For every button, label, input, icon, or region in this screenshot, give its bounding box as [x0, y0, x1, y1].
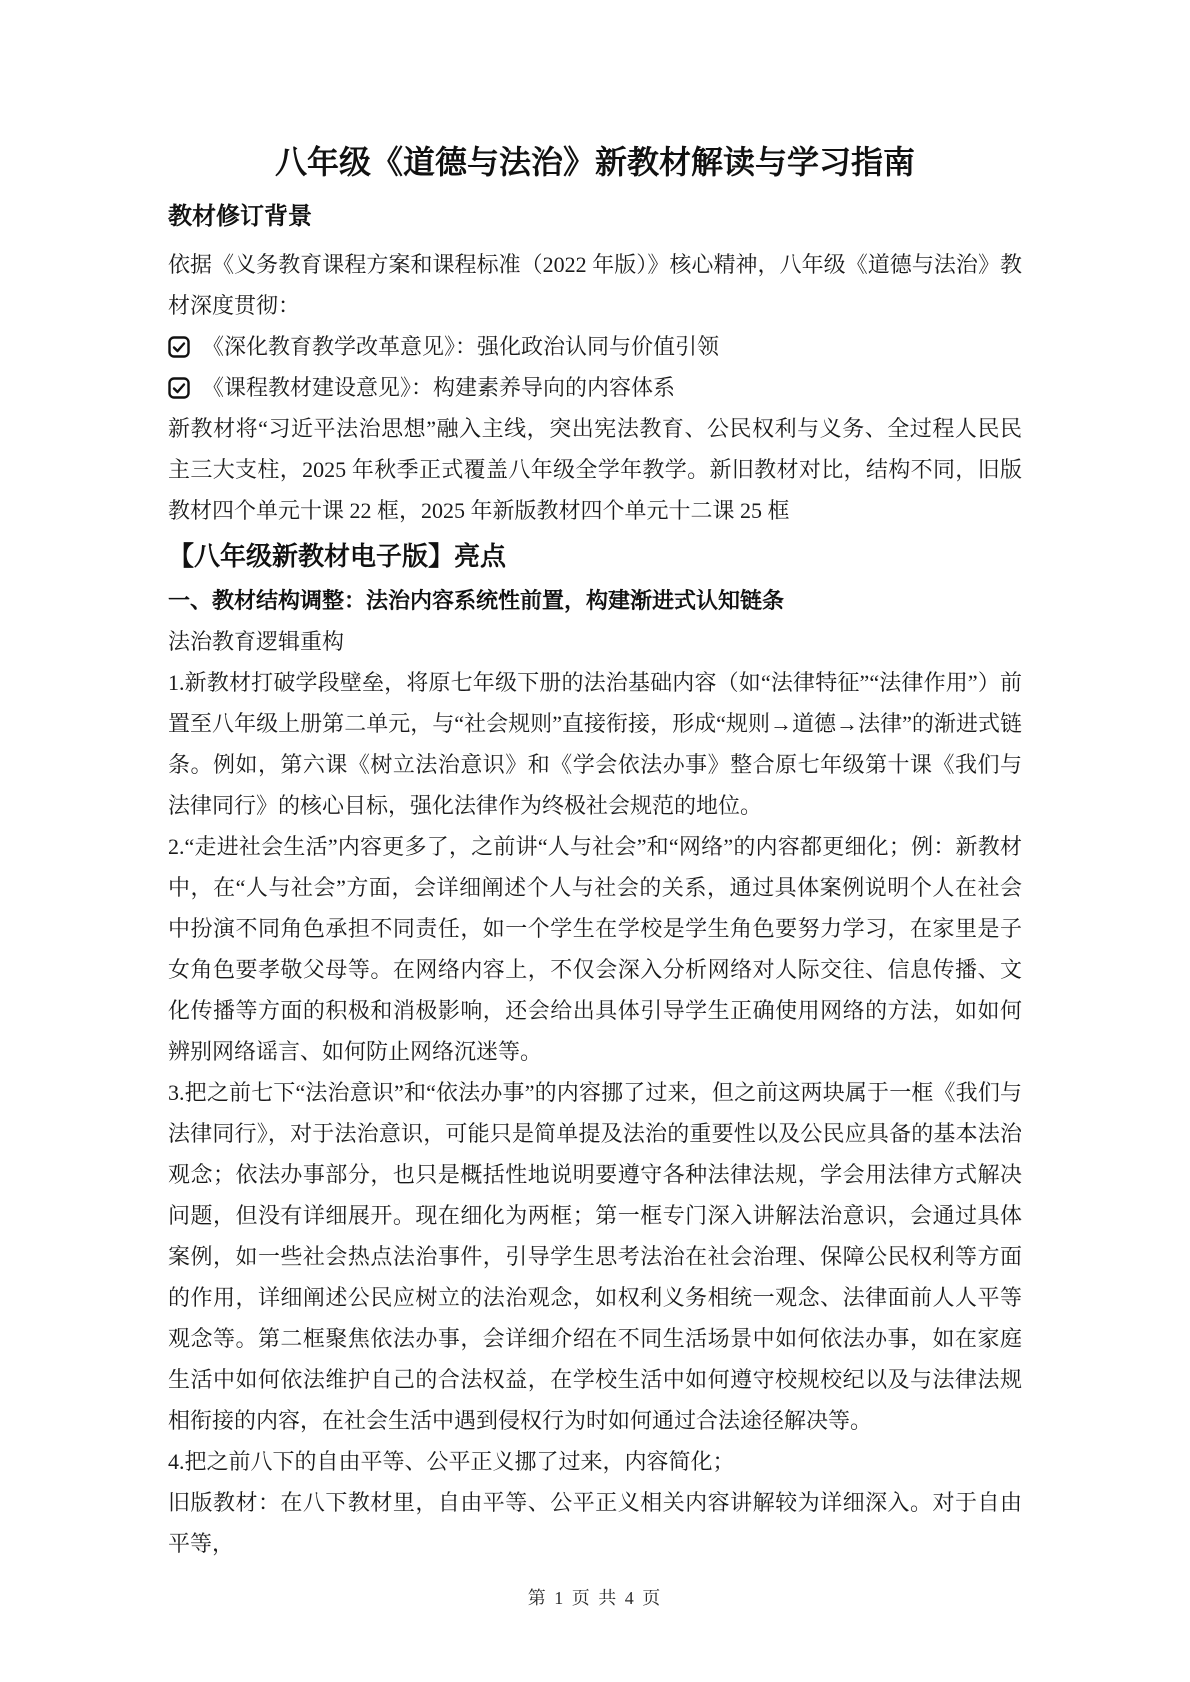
document-page: 八年级《道德与法治》新教材解读与学习指南 教材修订背景 依据《义务教育课程方案和… [0, 0, 1190, 1682]
paragraph-subheading: 法治教育逻辑重构 [168, 621, 1022, 662]
checkbox-checked-icon[interactable] [168, 336, 190, 358]
paragraph-summary: 新教材将“习近平法治思想”融入主线，突出宪法教育、公民权利与义务、全过程人民民主… [168, 408, 1022, 531]
heading-revision-background: 教材修订背景 [168, 198, 1022, 236]
heading-highlights: 【八年级新教材电子版】亮点 [168, 535, 1022, 577]
checklist-item: 《深化教育教学改革意见》：强化政治认同与价值引领 [168, 326, 1022, 367]
page-footer: 第 1 页 共 4 页 [0, 1580, 1190, 1616]
document-title: 八年级《道德与法治》新教材解读与学习指南 [168, 0, 1022, 184]
checkbox-checked-icon[interactable] [168, 377, 190, 399]
paragraph-old-version-note: 旧版教材：在八下教材里，自由平等、公平正义相关内容讲解较为详细深入。对于自由平等… [168, 1482, 1022, 1564]
checklist-label: 《深化教育教学改革意见》：强化政治认同与价值引领 [202, 326, 719, 367]
paragraph-point-2: 2.“走进社会生活”内容更多了，之前讲“人与社会”和“网络”的内容都更细化；例：… [168, 826, 1022, 1072]
paragraph-point-4: 4.把之前八下的自由平等、公平正义挪了过来，内容简化； [168, 1441, 1022, 1482]
checklist-item: 《课程教材建设意见》：构建素养导向的内容体系 [168, 367, 1022, 408]
checklist-label: 《课程教材建设意见》：构建素养导向的内容体系 [202, 367, 675, 408]
heading-section-1: 一、教材结构调整：法治内容系统性前置，构建渐进式认知链条 [168, 581, 1022, 621]
paragraph-intro: 依据《义务教育课程方案和课程标准（2022 年版）》核心精神，八年级《道德与法治… [168, 244, 1022, 326]
paragraph-point-3: 3.把之前七下“法治意识”和“依法办事”的内容挪了过来，但之前这两块属于一框《我… [168, 1072, 1022, 1441]
document-content: 八年级《道德与法治》新教材解读与学习指南 教材修订背景 依据《义务教育课程方案和… [168, 0, 1022, 1564]
paragraph-point-1: 1.新教材打破学段壁垒，将原七年级下册的法治基础内容（如“法律特征”“法律作用”… [168, 662, 1022, 826]
